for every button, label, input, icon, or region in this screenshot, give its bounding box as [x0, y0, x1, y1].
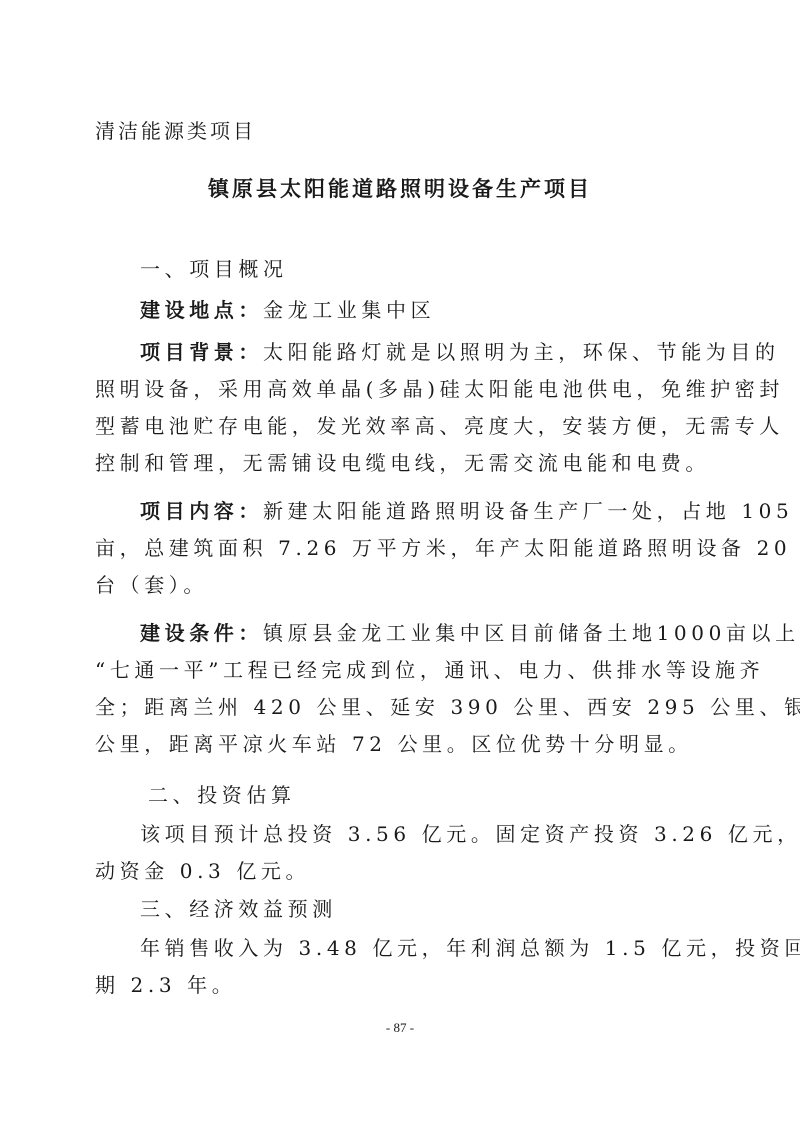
- investment-line-2: 动资金 0.3 亿元。: [95, 858, 707, 884]
- location-paragraph: 建设地点：金龙工业集中区: [140, 297, 707, 323]
- content-line-3: 台（套）。: [95, 572, 707, 598]
- conditions-text: 镇原县金龙工业集中区目前储备土地1000亩以上，: [263, 621, 800, 645]
- project-title: 镇原县太阳能道路照明设备生产项目: [0, 176, 800, 202]
- background-line-3: 型蓄电池贮存电能，发光效率高、亮度大，安装方便，无需专人: [95, 413, 707, 439]
- document-page: 清洁能源类项目 镇原县太阳能道路照明设备生产项目 一、项目概况 建设地点：金龙工…: [0, 0, 800, 1131]
- conditions-line-2: “七通一平”工程已经完成到位，通讯、电力、供排水等设施齐: [95, 657, 707, 683]
- section-heading-overview: 一、项目概况: [140, 256, 707, 282]
- location-text: 金龙工业集中区: [263, 298, 435, 322]
- section-heading-benefits: 三、经济效益预测: [140, 896, 707, 922]
- page-number: - 87 -: [0, 1020, 800, 1036]
- background-line-1: 项目背景：太阳能路灯就是以照明为主，环保、节能为目的: [140, 339, 707, 365]
- benefits-line-2: 期 2.3 年。: [95, 972, 707, 998]
- content-text: 新建太阳能道路照明设备生产厂一处，占地 105: [263, 499, 793, 523]
- content-line-1: 项目内容：新建太阳能道路照明设备生产厂一处，占地 105: [140, 498, 707, 524]
- section-heading-investment: 二、投资估算: [148, 782, 760, 808]
- investment-line-1: 该项目预计总投资 3.56 亿元。固定资产投资 3.26 亿元，流: [140, 821, 707, 847]
- location-label: 建设地点：: [140, 298, 263, 322]
- conditions-line-3: 全；距离兰州 420 公里、延安 390 公里、西安 295 公里、银川 420: [95, 694, 707, 720]
- conditions-line-4: 公里，距离平凉火车站 72 公里。区位优势十分明显。: [95, 731, 707, 757]
- background-line-4: 控制和管理，无需铺设电缆电线，无需交流电能和电费。: [95, 450, 707, 476]
- content-line-2: 亩，总建筑面积 7.26 万平方米，年产太阳能道路照明设备 20 万: [95, 535, 707, 561]
- content-label: 项目内容：: [140, 499, 263, 523]
- background-label: 项目背景：: [140, 340, 263, 364]
- project-category: 清洁能源类项目: [95, 118, 707, 144]
- benefits-line-1: 年销售收入为 3.48 亿元，年利润总额为 1.5 亿元，投资回收: [140, 935, 707, 961]
- background-text: 太阳能路灯就是以照明为主，环保、节能为目的: [263, 340, 780, 364]
- conditions-line-1: 建设条件：镇原县金龙工业集中区目前储备土地1000亩以上，: [140, 620, 707, 646]
- conditions-label: 建设条件：: [140, 621, 263, 645]
- background-line-2: 照明设备，采用高效单晶(多晶)硅太阳能电池供电，免维护密封: [95, 376, 707, 402]
